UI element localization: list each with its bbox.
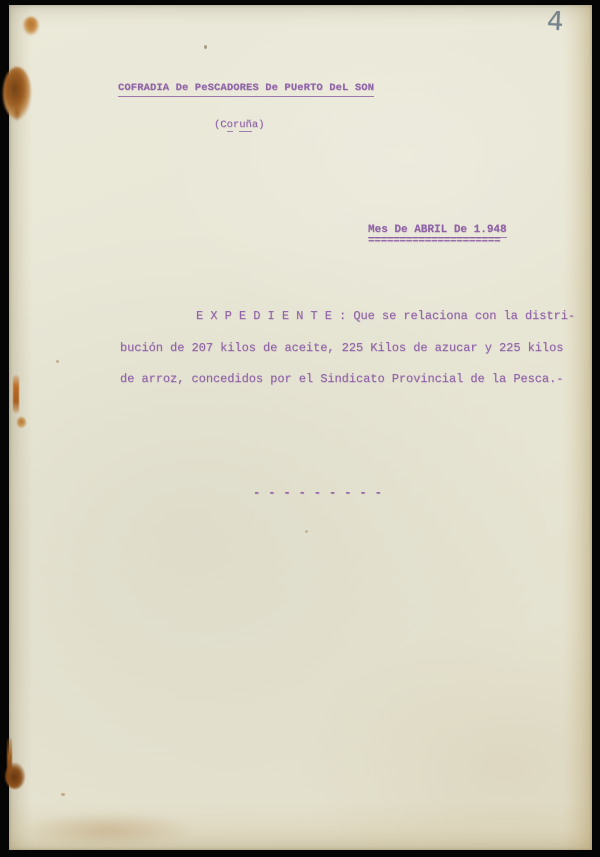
rust-stain-top-left — [23, 17, 39, 35]
date-underline-rule: ===================== — [368, 235, 500, 247]
rust-stain-left-upper — [3, 67, 31, 119]
subtitle-part: (C — [214, 119, 227, 131]
body-line: de arroz, concedidos por el Sindicato Pr… — [120, 372, 563, 386]
document-subtitle: (Coruña) — [214, 119, 264, 131]
document-title: COFRADIA De PeSCADORES De PUeRTO DeL SON — [118, 82, 374, 94]
document-page: 4 COFRADIA De PeSCADORES De PUeRTO DeL S… — [9, 5, 592, 850]
paper-speck — [305, 530, 308, 533]
stain-bottom-smudge — [23, 813, 193, 847]
date-heading: Mes De ABRIL De 1.948 ==================… — [368, 225, 507, 247]
subtitle-part-underlined: uñ — [239, 119, 252, 132]
document-title-text: COFRADIA De PeSCADORES De PUeRTO DeL SON — [118, 82, 374, 97]
dashed-separator: - - - - - - - - - — [253, 486, 382, 500]
body-line: E X P E D I E N T E : Que se relaciona c… — [196, 309, 575, 323]
rust-stain-left-upper-tail — [13, 105, 21, 121]
rust-stain-staple-dot — [17, 417, 26, 428]
paper-speck — [56, 360, 59, 363]
paper-speck — [204, 45, 207, 49]
body-line: bución de 207 kilos de aceite, 225 Kilos… — [120, 341, 563, 355]
scan-background: 4 COFRADIA De PeSCADORES De PUeRTO DeL S… — [0, 0, 600, 857]
rust-stain-bottom-blob — [5, 763, 25, 789]
subtitle-part: a) — [252, 119, 265, 131]
rust-stain-staple-mark — [13, 375, 19, 413]
rust-stain-bottom-drip — [7, 738, 12, 774]
paper-speck — [61, 793, 65, 796]
handwritten-page-number: 4 — [546, 7, 564, 38]
